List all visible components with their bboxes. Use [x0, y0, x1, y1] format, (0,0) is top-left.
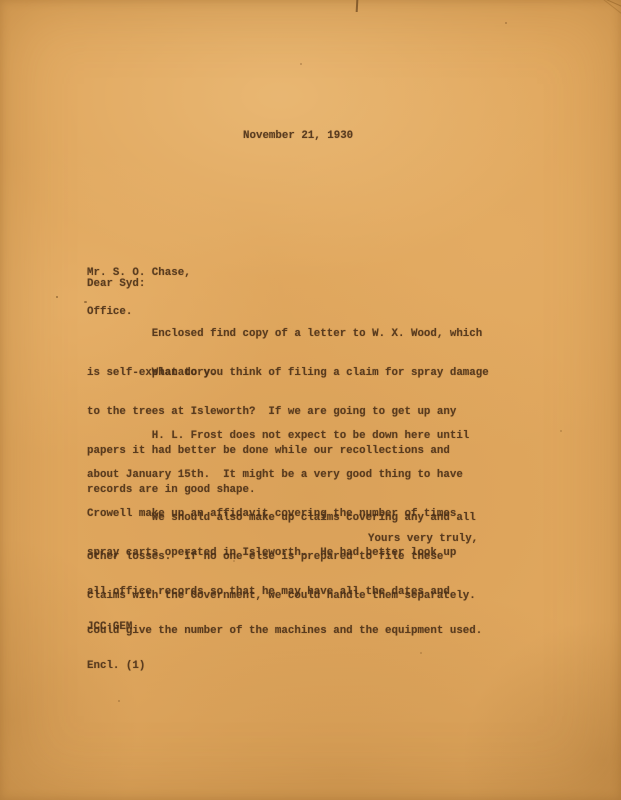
letter-paper: November 21, 1930 Mr. S. O. Chase, Offic…	[0, 0, 621, 800]
paper-crease-mark	[356, 0, 359, 12]
paragraph-line: What do you think of filing a claim for …	[87, 367, 489, 380]
paper-speck	[118, 700, 120, 702]
paper-speck	[560, 430, 562, 432]
paragraph-line: We should also make up claims covering a…	[87, 512, 476, 525]
paragraph-line: other losses. If no one else is prepared…	[87, 551, 476, 564]
paper-speck	[56, 296, 58, 298]
enclosure-note: Encl. (1)	[87, 660, 145, 673]
paragraph-line: H. L. Frost does not expect to be down h…	[87, 430, 482, 443]
paragraph-line: about January 15th. It might be a very g…	[87, 469, 482, 482]
salutation: Dear Syd:	[87, 278, 145, 291]
reference-block: JCC:GEM Encl. (1)	[87, 595, 145, 699]
paper-speck	[300, 63, 302, 65]
letter-date: November 21, 1930	[243, 130, 353, 143]
typist-initials: JCC:GEM	[87, 621, 145, 634]
paper-speck	[505, 22, 507, 24]
closing: Yours very truly,	[368, 533, 478, 546]
paper-fold-crease	[583, 0, 621, 34]
letter-scan: November 21, 1930 Mr. S. O. Chase, Offic…	[0, 0, 621, 800]
paragraph-line: Enclosed find copy of a letter to W. X. …	[87, 328, 482, 341]
